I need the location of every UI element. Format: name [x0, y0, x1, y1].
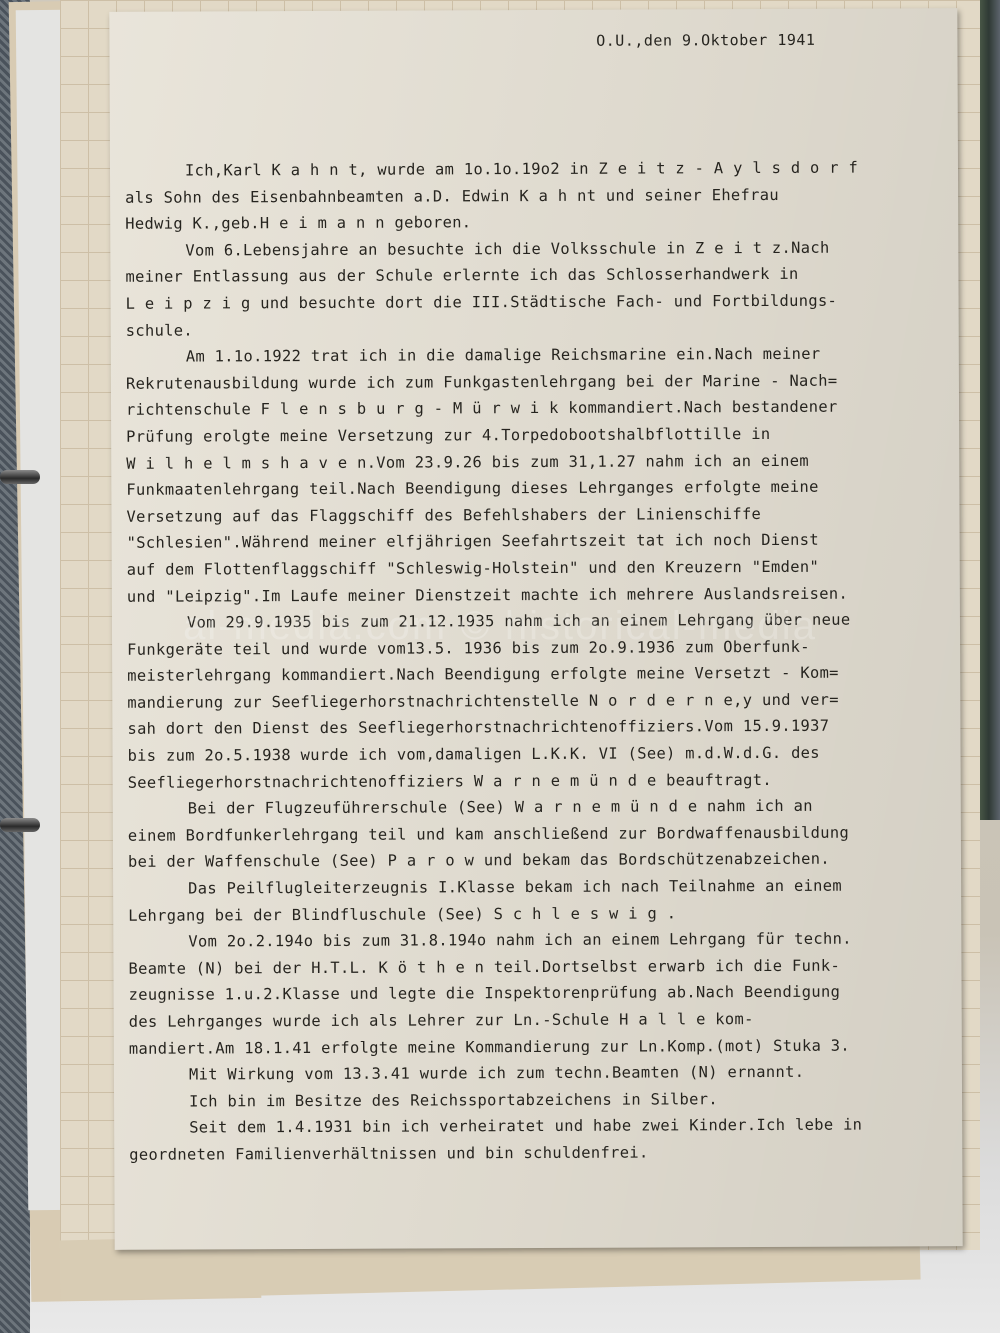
text-line: als Sohn des Eisenbahnbeamten a.D. Edwin…	[125, 181, 965, 211]
text-line: W i l h e l m s h a v e n.Vom 23.9.26 bi…	[126, 447, 966, 477]
text-line: Vom 29.9.1935 bis zum 21.12.1935 nahm ic…	[127, 606, 967, 636]
text-line: Ich,Karl K a h n t, wurde am 1o.1o.19o2 …	[125, 154, 965, 184]
text-line: Funkmaatenlehrgang teil.Nach Beendigung …	[126, 473, 966, 503]
text-line: Hedwig K.,geb.H e i m a n n geboren.	[125, 207, 965, 237]
text-line: sah dort den Dienst des Seefliegerhorstn…	[127, 713, 967, 743]
text-line: geordneten Familienverhältnissen und bin…	[129, 1138, 969, 1168]
dateline: O.U.,den 9.Oktober 1941	[596, 31, 815, 50]
text-line: Seit dem 1.4.1931 bin ich verheiratet un…	[129, 1111, 969, 1141]
text-line: schule.	[126, 314, 966, 344]
binder-ring-icon	[0, 470, 40, 484]
text-line: des Lehrganges wurde ich als Lehrer zur …	[129, 1005, 969, 1035]
typewritten-page: O.U.,den 9.Oktober 1941 Ich,Karl K a h n…	[109, 8, 962, 1250]
text-line: Beamte (N) bei der H.T.L. K ö t h e n te…	[128, 952, 968, 982]
text-line: meisterlehrgang kommandiert.Nach Beendig…	[127, 659, 967, 689]
text-line: Versetzung auf das Flaggschiff des Befeh…	[126, 500, 966, 530]
text-line: Das Peilflugleiterzeugnis I.Klasse bekam…	[128, 872, 968, 902]
text-line: Mit Wirkung vom 13.3.41 wurde ich zum te…	[129, 1058, 969, 1088]
text-line: Funkgeräte teil und wurde vom13.5. 1936 …	[127, 633, 967, 663]
text-line: mandiert.Am 18.1.41 erfolgte meine Komma…	[129, 1032, 969, 1062]
text-line: Ich bin im Besitze des Reichssportabzeic…	[129, 1085, 969, 1115]
text-line: meiner Entlassung aus der Schule erlernt…	[125, 260, 965, 290]
text-line: Vom 2o.2.194o bis zum 31.8.194o nahm ich…	[128, 925, 968, 955]
text-line: einem Bordfunkerlehrgang teil und kam an…	[128, 819, 968, 849]
text-line: bei der Waffenschule (See) P a r o w und…	[128, 846, 968, 876]
text-line: Lehrgang bei der Blindfluschule (See) S …	[128, 899, 968, 929]
text-line: mandierung zur Seefliegerhorstnachrichte…	[127, 686, 967, 716]
text-line: Am 1.1o.1922 trat ich in die damalige Re…	[126, 340, 966, 370]
text-line: L e i p z i g und besuchte dort die III.…	[126, 287, 966, 317]
text-line: bis zum 2o.5.1938 wurde ich vom,damalige…	[127, 739, 967, 769]
text-line: Seefliegerhorstnachrichtenoffiziers W a …	[128, 766, 968, 796]
cv-body: Ich,Karl K a h n t, wurde am 1o.1o.19o2 …	[125, 154, 969, 1168]
binder-ring-icon	[0, 818, 40, 832]
text-line: zeugnisse 1.u.2.Klasse und legte die Ins…	[129, 979, 969, 1009]
text-line: richtenschule F l e n s b u r g - M ü r …	[126, 393, 966, 423]
text-line: "Schlesien".Während meiner elfjährigen S…	[127, 526, 967, 556]
text-line: auf dem Flottenflaggschiff "Schleswig-Ho…	[127, 553, 967, 583]
text-line: und "Leipzig".Im Laufe meiner Dienstzeit…	[127, 580, 967, 610]
text-line: Bei der Flugzeuführerschule (See) W a r …	[128, 792, 968, 822]
text-line: Prüfung erolgte meine Versetzung zur 4.T…	[126, 420, 966, 450]
text-line: Rekrutenausbildung wurde ich zum Funkgas…	[126, 367, 966, 397]
text-line: Vom 6.Lebensjahre an besuchte ich die Vo…	[125, 234, 965, 264]
